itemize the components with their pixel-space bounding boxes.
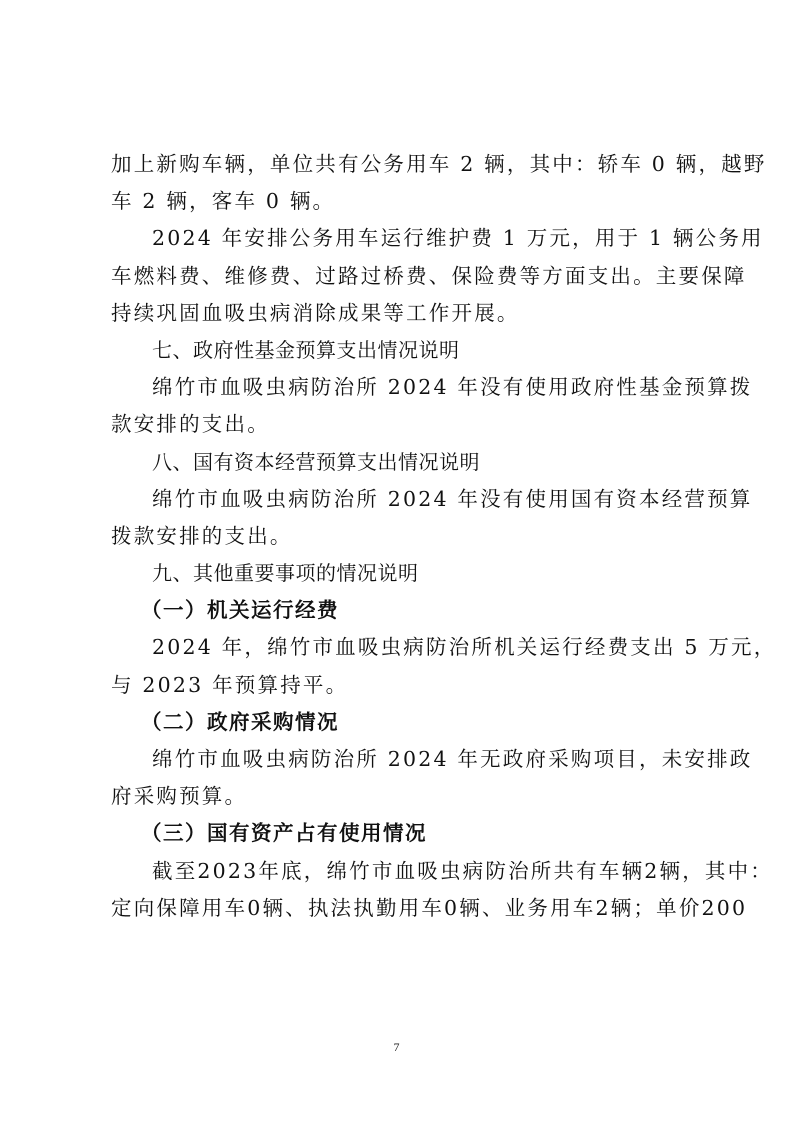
subsection-heading-2: （二）政府采购情况 — [111, 704, 685, 741]
paragraph-line: 2024 年，绵竹市血吸虫病防治所机关运行经费支出 5 万元， — [111, 629, 685, 666]
paragraph-line: 定向保障用车0辆、执法执勤用车0辆、业务用车2辆；单价200 — [111, 890, 685, 927]
document-page: 加上新购车辆，单位共有公务用车 2 辆，其中：轿车 0 辆，越野 车 2 辆，客… — [0, 0, 793, 1122]
page-body: 加上新购车辆，单位共有公务用车 2 辆，其中：轿车 0 辆，越野 车 2 辆，客… — [111, 146, 685, 927]
paragraph-line: 拨款安排的支出。 — [111, 518, 685, 555]
paragraph-line: 绵竹市血吸虫病防治所 2024 年没有使用政府性基金预算拨 — [111, 369, 685, 406]
paragraph-line: 与 2023 年预算持平。 — [111, 667, 685, 704]
paragraph-line: 绵竹市血吸虫病防治所 2024 年没有使用国有资本经营预算 — [111, 481, 685, 518]
paragraph-line: 府采购预算。 — [111, 778, 685, 815]
section-heading-8: 八、国有资本经营预算支出情况说明 — [111, 444, 685, 481]
section-heading-9: 九、其他重要事项的情况说明 — [111, 555, 685, 592]
paragraph-line: 绵竹市血吸虫病防治所 2024 年无政府采购项目，未安排政 — [111, 741, 685, 778]
paragraph-line: 持续巩固血吸虫病消除成果等工作开展。 — [111, 295, 685, 332]
subsection-heading-1: （一）机关运行经费 — [111, 592, 685, 629]
paragraph-line: 截至2023年底，绵竹市血吸虫病防治所共有车辆2辆，其中： — [111, 853, 685, 890]
paragraph-line: 车 2 辆，客车 0 辆。 — [111, 183, 685, 220]
paragraph-line: 加上新购车辆，单位共有公务用车 2 辆，其中：轿车 0 辆，越野 — [111, 146, 685, 183]
paragraph-line: 2024 年安排公务用车运行维护费 1 万元，用于 1 辆公务用 — [111, 220, 685, 257]
section-heading-7: 七、政府性基金预算支出情况说明 — [111, 332, 685, 369]
paragraph-line: 车燃料费、维修费、过路过桥费、保险费等方面支出。主要保障 — [111, 258, 685, 295]
subsection-heading-3: （三）国有资产占有使用情况 — [111, 815, 685, 852]
page-number: 7 — [0, 1040, 793, 1055]
paragraph-line: 款安排的支出。 — [111, 406, 685, 443]
